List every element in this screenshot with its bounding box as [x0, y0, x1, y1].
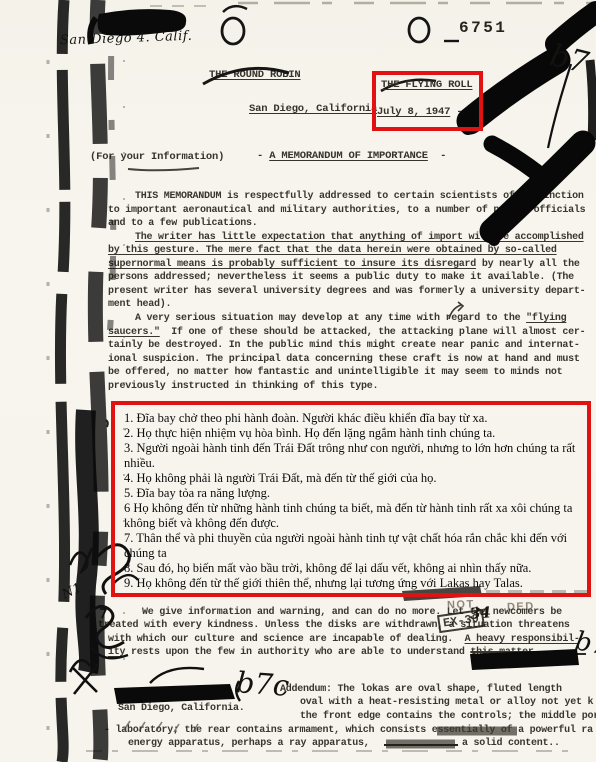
typed-segment: with which our culture and science are i…	[108, 634, 465, 645]
date-line: July 8, 1947 -	[377, 106, 462, 118]
handwritten-n1-mark: N1	[60, 581, 84, 603]
typed-segment: tainly be destroyed. In the public mind …	[108, 340, 580, 351]
typed-line: Addendum: The lokas are oval shape, flut…	[280, 684, 562, 695]
typed-segment: supernormal means is probably sufficient…	[108, 259, 476, 270]
typed-line: THIS MEMORANDUM is respectfully addresse…	[135, 191, 584, 202]
handwritten-location: San Diego 4. Calif.	[60, 29, 193, 49]
title-text: A MEMORANDUM OF IMPORTANCE	[269, 150, 428, 162]
typed-segment: present writer has several university de…	[108, 286, 585, 297]
typed-segment: ity	[108, 647, 125, 658]
typed-segment: saucers."	[108, 327, 160, 338]
list-item: 6 Họ không đến từ những hành tinh chúng …	[124, 501, 583, 531]
for-your-information-note: (For your Information)	[90, 151, 224, 163]
list-item: 9. Họ không đến từ thế giới thiên thể, n…	[124, 576, 583, 591]
bottom-handwritten-scribbles	[70, 660, 204, 732]
typed-segment: to important aeronautical and military a…	[108, 205, 585, 216]
handwritten-b7-exemption-mark: b7	[546, 38, 592, 81]
typed-line: - laboratory; the rear contains armament…	[104, 725, 593, 736]
typed-segment: ional suspicion. The principal data conc…	[108, 354, 580, 365]
typed-segment: this matter.	[470, 647, 539, 658]
typed-line: by this gesture. The mere fact that the …	[108, 245, 557, 256]
typed-segment: A very serious situation may develop at …	[135, 313, 526, 324]
typed-segment: previously instructed in thinking of thi…	[108, 381, 378, 392]
typed-segment: The writer has little expectation that a…	[135, 232, 584, 243]
publication-name-round-robin: THE ROUND ROBIN	[209, 69, 301, 81]
typed-segment: We give information and warning, and can…	[142, 607, 562, 618]
typed-segment: ment head).	[108, 299, 171, 310]
scanned-memo-page: NOT DED 6751 THE ROUND ROBIN THE FLYING …	[0, 0, 596, 762]
typed-line: oval with a heat-resisting metal or allo…	[300, 697, 593, 708]
date-dash: -	[456, 106, 462, 118]
title-dash-right: -	[440, 150, 446, 162]
typed-segment: treated with every kindness. Unless the …	[98, 620, 570, 631]
typed-line: saucers." If one of these should be atta…	[108, 327, 585, 338]
memo-title: - A MEMORANDUM OF IMPORTANCE -	[257, 150, 446, 162]
typed-segment: "flying	[526, 313, 566, 324]
typed-line: with which our culture and science are i…	[108, 634, 580, 645]
typed-line: previously instructed in thinking of thi…	[108, 381, 378, 392]
mid-right-ink-blob	[492, 144, 536, 172]
typed-segment: the front edge contains the controls; th…	[300, 711, 596, 722]
place-line: San Diego, California	[249, 103, 377, 115]
date-text: July 8, 1947	[377, 106, 450, 118]
document-number: 6751	[459, 19, 507, 37]
typed-segment: and to a few publications.	[108, 218, 258, 229]
typed-segment: oval with a heat-resisting metal or allo…	[300, 697, 593, 708]
small-tick-mark	[100, 609, 106, 618]
typed-line: be offered, no matter how fantastic and …	[108, 367, 562, 378]
typed-segment: THIS MEMORANDUM is respectfully addresse…	[135, 191, 584, 202]
typed-line: present writer has several university de…	[108, 286, 585, 297]
red-highlight-box-vietnamese-list: 1. Đĩa bay chở theo phi hành đoàn. Người…	[111, 401, 591, 597]
typed-segment: - laboratory; the rear contains armament…	[104, 725, 593, 736]
list-item: 4. Họ không phải là người Trái Đất, mà đ…	[124, 471, 583, 486]
stray-comma-mark	[106, 420, 108, 427]
typed-segment: If one of these should be attacked, the …	[160, 327, 586, 338]
typed-line: the front edge contains the controls; th…	[300, 711, 596, 722]
typed-line: A very serious situation may develop at …	[135, 313, 566, 324]
typed-segment: by nearly all the	[476, 259, 580, 270]
typed-line: supernormal means is probably sufficient…	[108, 259, 580, 270]
typed-line: tainly be destroyed. In the public mind …	[108, 340, 580, 351]
handwritten-circle-marks	[222, 6, 459, 44]
typed-line: ional suspicion. The principal data conc…	[108, 354, 580, 365]
list-item: 3. Người ngoài hành tinh đến Trái Đất tr…	[124, 441, 583, 471]
typed-line: treated with every kindness. Unless the …	[98, 620, 570, 631]
typed-line: We give information and warning, and can…	[142, 607, 562, 618]
typed-line: The writer has little expectation that a…	[135, 232, 584, 243]
bottom-left-redaction-bar	[114, 684, 235, 704]
handwritten-b7-bottom-right-mark: b7	[573, 626, 596, 661]
typed-segment: a solid content..	[462, 738, 560, 749]
list-item: 7. Thân thể và phi thuyền của người ngoà…	[124, 531, 583, 561]
typed-segment: Addendum: The lokas are oval shape, flut…	[280, 684, 562, 695]
typed-segment: by this gesture. The mere fact that the …	[108, 245, 557, 256]
list-item: 5. Đĩa bay tỏa ra năng lượng.	[124, 486, 583, 501]
typed-segment: rests upon the few in authority who are …	[125, 647, 470, 658]
list-item: 2. Họ thực hiện nhiệm vụ hòa bình. Họ đế…	[124, 426, 583, 441]
typed-segment: A heavy responsibil-	[465, 634, 580, 645]
typed-line: ment head).	[108, 299, 171, 310]
handwritten-b7c-exemption-mark: b7c	[235, 665, 291, 703]
typed-line: energy apparatus, perhaps a ray apparatu…	[128, 738, 370, 749]
publication-name-flying-roll: THE FLYING ROLL	[381, 79, 473, 91]
typed-line: a solid content..	[462, 738, 560, 749]
list-item: 1. Đĩa bay chở theo phi hành đoàn. Người…	[124, 411, 583, 426]
typed-segment: San Diego, California.	[118, 703, 245, 714]
list-item: 8. Sau đó, họ biến mất vào bầu trời, khô…	[124, 561, 583, 576]
typed-line: to important aeronautical and military a…	[108, 205, 585, 216]
typed-segment: persons addressed; nevertheless it seems…	[108, 272, 574, 283]
typed-segment: be offered, no matter how fantastic and …	[108, 367, 562, 378]
typed-line: San Diego, California.	[118, 703, 245, 714]
typed-line: ity rests upon the few in authority who …	[108, 647, 539, 658]
pen-underline-for-info	[128, 168, 199, 170]
typed-line: and to a few publications.	[108, 218, 258, 229]
typed-line: persons addressed; nevertheless it seems…	[108, 272, 574, 283]
title-dash-left: -	[257, 150, 263, 162]
typed-segment: energy apparatus, perhaps a ray apparatu…	[128, 738, 370, 749]
